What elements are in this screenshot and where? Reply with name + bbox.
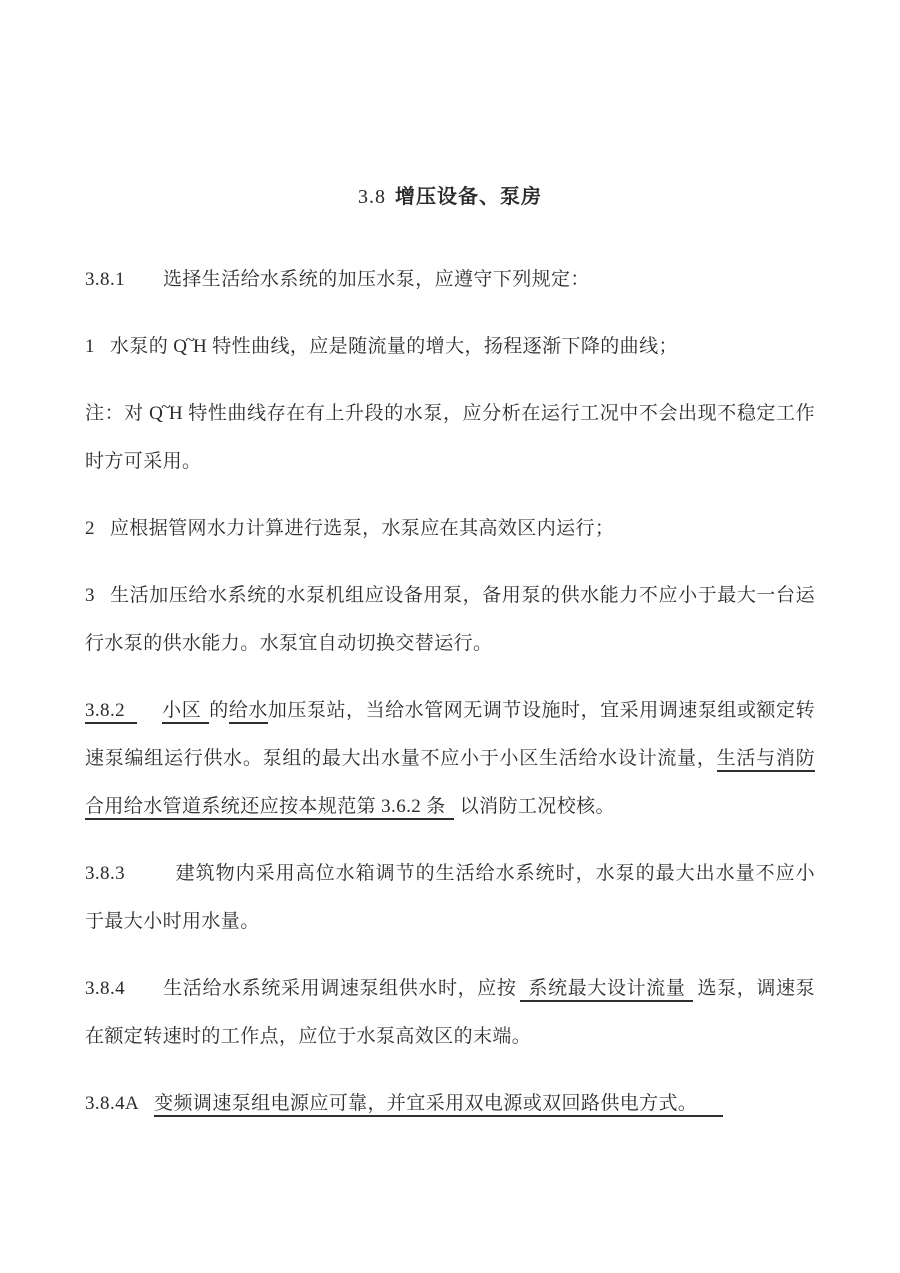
- section-title: 3.8增压设备、泵房: [85, 182, 815, 212]
- number-gap: [95, 351, 110, 352]
- number-gap: [139, 1108, 154, 1109]
- number-gap: [125, 284, 163, 285]
- clause-text: 选择生活给水系统的加压水泵，应遵守下列规定：: [163, 269, 590, 290]
- paragraph-3-8-4: 3.8.4生活给水系统采用调速泵组供水时，应按系统最大设计流量选泵，调速泵在额定…: [85, 965, 815, 1061]
- document-page: 3.8增压设备、泵房 3.8.1选择生活给水系统的加压水泵，应遵守下列规定： 1…: [0, 0, 900, 1273]
- paragraph-3-8-2: 3.8.2小区的给水加压泵站，当给水管网无调节设施时，宜采用调速泵组或额定转速泵…: [85, 687, 815, 831]
- inserted-text: 给水: [229, 700, 268, 724]
- clause-number: 3.8.3: [85, 863, 125, 884]
- paragraph-3-8-1: 3.8.1选择生活给水系统的加压水泵，应遵守下列规定：: [85, 256, 815, 304]
- number-gap: [125, 878, 175, 879]
- inserted-text: 小区: [162, 700, 209, 724]
- note-text: 注：对 Q: [85, 403, 163, 424]
- clause-number: 3.8.4A: [85, 1093, 139, 1114]
- number-gap: [137, 715, 162, 716]
- section-number: 3.8: [358, 186, 386, 208]
- number-gap: [125, 993, 163, 994]
- item-text: H 特性曲线，应是随流量的增大，扬程逐渐下降的曲线；: [193, 336, 678, 357]
- list-item-2: 2应根据管网水力计算进行选泵，水泵应在其高效区内运行；: [85, 505, 815, 553]
- number-gap: [95, 600, 110, 601]
- paragraph-3-8-4A: 3.8.4A变频调速泵组电源应可靠，并宜采用双电源或双回路供电方式。: [85, 1080, 815, 1128]
- clause-text: 建筑物内采用高位水箱调节的生活给水系统时，水泵的最大出水量不应小于最大小时用水量…: [85, 863, 815, 932]
- tilde-superscript: ~: [185, 316, 195, 364]
- clause-number-underlined: 3.8.2: [85, 700, 137, 724]
- item-number: 1: [85, 336, 95, 357]
- clause-number: 3.8.1: [85, 269, 125, 290]
- item-text: 应根据管网水力计算进行选泵，水泵应在其高效区内运行；: [110, 518, 614, 539]
- number-gap: [95, 533, 110, 534]
- item-number: 3: [85, 585, 95, 606]
- paragraph-3-8-3: 3.8.3建筑物内采用高位水箱调节的生活给水系统时，水泵的最大出水量不应小于最大…: [85, 850, 815, 946]
- item-number: 2: [85, 518, 95, 539]
- inserted-text: 系统最大设计流量: [520, 978, 693, 1002]
- list-item-1: 1水泵的 Q~H 特性曲线，应是随流量的增大，扬程逐渐下降的曲线；: [85, 323, 815, 371]
- item-text: 生活加压给水系统的水泵机组应设备用泵，备用泵的供水能力不应小于最大一台运行水泵的…: [85, 585, 815, 654]
- tilde-superscript: ~: [161, 383, 171, 431]
- item-text: 水泵的 Q: [110, 336, 187, 357]
- note-paragraph: 注：对 Q~H 特性曲线存在有上升段的水泵，应分析在运行工况中不会出现不稳定工作…: [85, 390, 815, 486]
- clause-text: 的: [209, 700, 229, 721]
- clause-text: 以消防工况校核。: [460, 796, 615, 817]
- inserted-text: 变频调速泵组电源应可靠，并宜采用双电源或双回路供电方式。: [154, 1093, 723, 1117]
- clause-number: 3.8.4: [85, 978, 125, 999]
- list-item-3: 3生活加压给水系统的水泵机组应设备用泵，备用泵的供水能力不应小于最大一台运行水泵…: [85, 572, 815, 668]
- note-text: H 特性曲线存在有上升段的水泵，应分析在运行工况中不会出现不稳定工作时方可采用。: [85, 403, 815, 472]
- section-title-text: 增压设备、泵房: [395, 186, 542, 208]
- clause-text: 生活给水系统采用调速泵组供水时，应按: [163, 978, 516, 999]
